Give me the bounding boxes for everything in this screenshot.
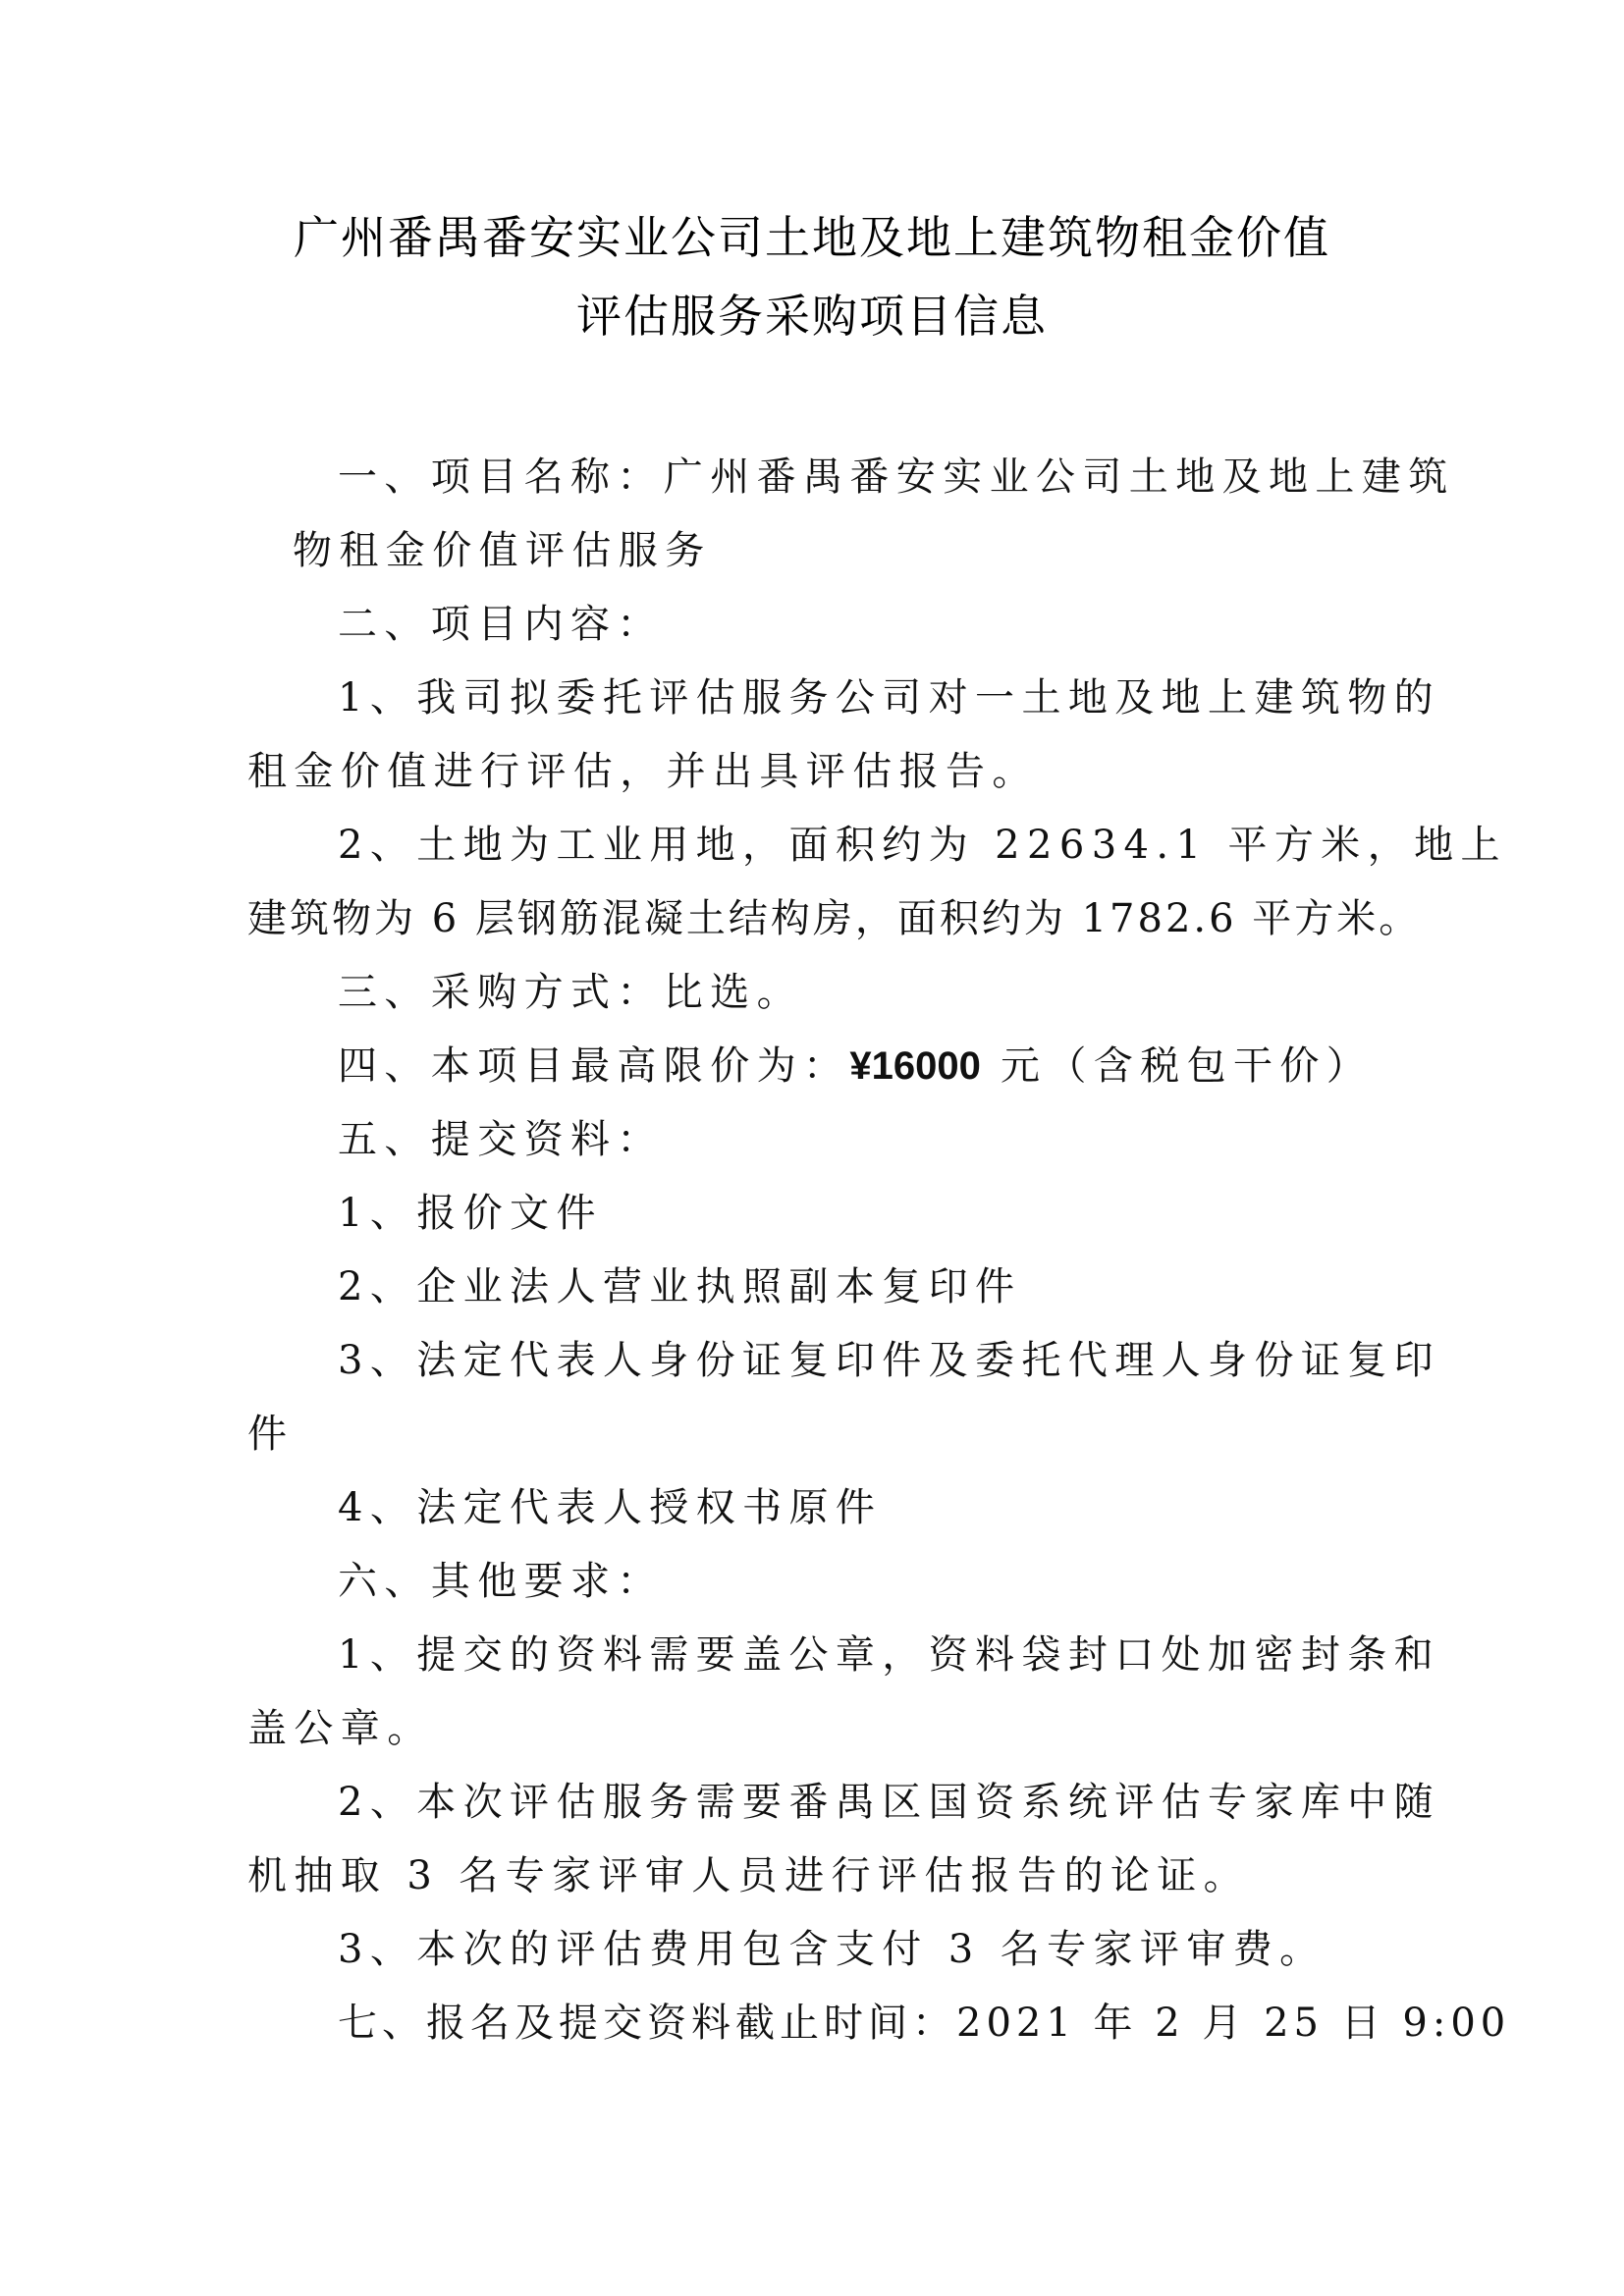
section-1-project-name: 一、项目名称：广州番禺番安实业公司土地及地上建筑	[247, 450, 1386, 523]
section-7-deadline: 七、报名及提交资料截止时间：2021 年 2 月 25 日 9:00	[247, 1996, 1386, 2069]
section-2-item-1-cont: 租金价值进行评估，并出具评估报告。	[247, 744, 1386, 818]
document-title-line-1: 广州番禺番安实业公司土地及地上建筑物租金价值	[0, 210, 1624, 265]
section-5-item-4: 4、法定代表人授权书原件	[247, 1480, 1386, 1554]
section-5-item-1: 1、报价文件	[247, 1186, 1386, 1259]
document-title-line-2: 评估服务采购项目信息	[0, 289, 1624, 344]
section-3-procurement-method: 三、采购方式：比选。	[247, 965, 1386, 1039]
max-price-value: ¥16000	[849, 1044, 980, 1088]
section-1-project-name-cont: 物租金价值评估服务	[247, 523, 1386, 597]
section-6-item-3: 3、本次的评估费用包含支付 3 名专家评审费。	[247, 1922, 1386, 1996]
section-6-item-1-cont: 盖公章。	[247, 1701, 1386, 1775]
section-6-item-2-cont: 机抽取 3 名专家评审人员进行评估报告的论证。	[247, 1848, 1386, 1922]
max-price-label: 四、本项目最高限价为：	[338, 1043, 849, 1089]
section-2-heading: 二、项目内容：	[247, 597, 1386, 670]
section-5-item-3-cont: 件	[247, 1407, 1386, 1480]
section-4-max-price: 四、本项目最高限价为：¥16000 元（含税包干价）	[247, 1039, 1386, 1112]
section-6-heading: 六、其他要求：	[247, 1554, 1386, 1628]
section-5-item-3: 3、法定代表人身份证复印件及委托代理人身份证复印	[247, 1333, 1386, 1407]
section-6-item-2: 2、本次评估服务需要番禺区国资系统评估专家库中随	[247, 1775, 1386, 1848]
section-5-item-2: 2、企业法人营业执照副本复印件	[247, 1259, 1386, 1333]
section-2-item-1: 1、我司拟委托评估服务公司对一土地及地上建筑物的	[247, 670, 1386, 744]
section-2-item-2: 2、土地为工业用地，面积约为 22634.1 平方米，地上	[247, 818, 1386, 891]
section-5-heading: 五、提交资料：	[247, 1112, 1386, 1186]
max-price-suffix: 元（含税包干价）	[981, 1043, 1373, 1089]
document-body: 一、项目名称：广州番禺番安实业公司土地及地上建筑 物租金价值评估服务 二、项目内…	[247, 450, 1386, 2069]
section-2-item-2-cont: 建筑物为 6 层钢筋混凝土结构房，面积约为 1782.6 平方米。	[247, 891, 1386, 965]
section-6-item-1: 1、提交的资料需要盖公章，资料袋封口处加密封条和	[247, 1628, 1386, 1701]
